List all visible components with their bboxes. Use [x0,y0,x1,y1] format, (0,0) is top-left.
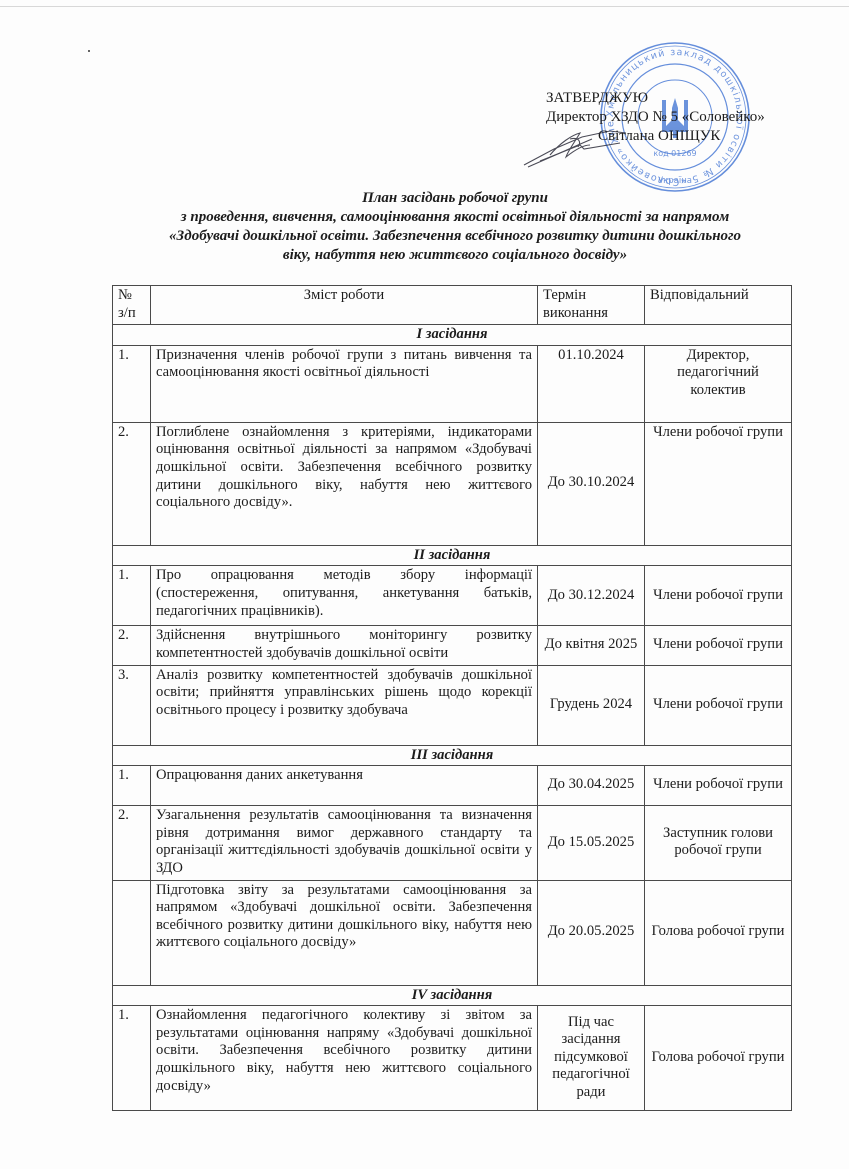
table-row: 1.Ознайомлення педагогічного колективу з… [113,1006,792,1111]
document-title: План засідань робочої групи з проведення… [110,189,800,265]
approval-heading: ЗАТВЕРДЖУЮ [546,89,765,108]
row-number [113,880,151,985]
document-page: Хмельницький заклад дошкільної освіти № … [0,0,849,1169]
section-title: І засідання [113,325,792,346]
row-content: Узагальнення результатів самооцінювання … [151,806,538,880]
row-content: Призначення членів робочої групи з питан… [151,345,538,422]
table-row: 2.Поглиблене ознайомлення з критеріями, … [113,422,792,545]
header-content: Зміст роботи [151,286,538,325]
header-term: Термін виконання [538,286,645,325]
row-content: Ознайомлення педагогічного колективу зі … [151,1006,538,1111]
section-row: IV засідання [113,985,792,1006]
meeting-plan-table: № з/п Зміст роботи Термін виконання Відп… [112,285,792,1111]
table-row: 1.Призначення членів робочої групи з пит… [113,345,792,422]
signature-icon [520,125,630,170]
row-responsible: Заступник голови робочої групи [645,806,792,880]
row-number: 3. [113,665,151,745]
table-row: 1.Опрацювання даних анкетуванняДо 30.04.… [113,766,792,806]
title-line-4: віку, набуття нею життєвого соціального … [110,246,800,265]
table-row: 1.Про опрацювання методів збору інформац… [113,566,792,626]
row-term: До квітня 2025 [538,626,645,665]
table-body: І засідання1.Призначення членів робочої … [113,325,792,1111]
table-header-row: № з/п Зміст роботи Термін виконання Відп… [113,286,792,325]
row-number: 1. [113,1006,151,1111]
row-term: До 20.05.2025 [538,880,645,985]
row-term: До 30.10.2024 [538,422,645,545]
row-responsible: Члени робочої групи [645,665,792,745]
scan-edge-line [0,6,849,7]
row-number: 2. [113,806,151,880]
row-content: Про опрацювання методів збору інформації… [151,566,538,626]
section-row: ІІ засідання [113,545,792,566]
scan-speck [88,50,90,52]
section-title: IV засідання [113,985,792,1006]
row-responsible: Члени робочої групи [645,566,792,626]
row-content: Підготовка звіту за результатами самооці… [151,880,538,985]
row-number: 1. [113,566,151,626]
row-responsible: Голова робочої групи [645,880,792,985]
row-number: 2. [113,626,151,665]
row-term: До 30.04.2025 [538,766,645,806]
row-responsible: Члени робочої групи [645,422,792,545]
row-term: Грудень 2024 [538,665,645,745]
svg-text:код 01269: код 01269 [653,149,696,158]
title-line-3: «Здобувачі дошкільної освіти. Забезпечен… [110,227,800,246]
table-row: 2.Узагальнення результатів самооцінюванн… [113,806,792,880]
row-responsible: Члени робочої групи [645,626,792,665]
table-row: 2.Здійснення внутрішнього моніторингу ро… [113,626,792,665]
header-responsible: Відповідальний [645,286,792,325]
row-content: Поглиблене ознайомлення з критеріями, ін… [151,422,538,545]
row-number: 2. [113,422,151,545]
section-row: І засідання [113,325,792,346]
row-term: До 15.05.2025 [538,806,645,880]
row-number: 1. [113,345,151,422]
row-responsible: Директор, педагогічний колектив [645,345,792,422]
section-title: ІІ засідання [113,545,792,566]
row-content: Аналіз розвитку компетентностей здобувач… [151,665,538,745]
section-row: ІІІ засідання [113,745,792,766]
svg-text:Україна: Україна [658,176,692,186]
table-row: 3.Аналіз розвитку компетентностей здобув… [113,665,792,745]
row-term: До 30.12.2024 [538,566,645,626]
row-term: Під час засідання підсумкової педагогічн… [538,1006,645,1111]
table-row: Підготовка звіту за результатами самооці… [113,880,792,985]
section-title: ІІІ засідання [113,745,792,766]
row-number: 1. [113,766,151,806]
row-term: 01.10.2024 [538,345,645,422]
header-number: № з/п [113,286,151,325]
row-responsible: Голова робочої групи [645,1006,792,1111]
row-responsible: Члени робочої групи [645,766,792,806]
row-content: Здійснення внутрішнього моніторингу розв… [151,626,538,665]
title-line-2: з проведення, вивчення, самооцінювання я… [110,208,800,227]
row-content: Опрацювання даних анкетування [151,766,538,806]
